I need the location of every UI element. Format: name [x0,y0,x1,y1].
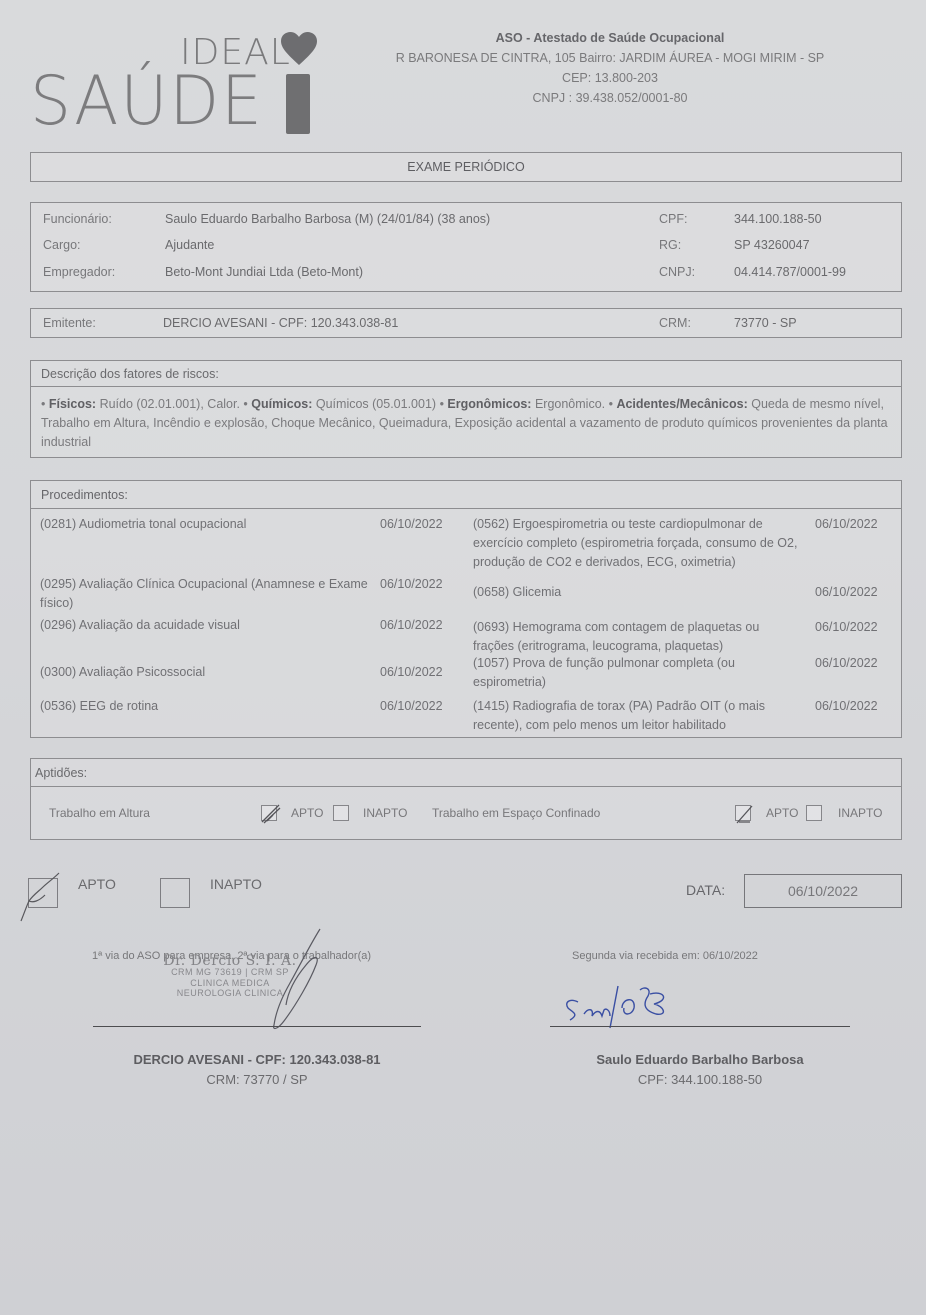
procedure-date: 06/10/2022 [815,618,878,637]
doctor-signature-line [93,1026,421,1027]
risk-group: • Físicos: Ruído (02.01.001), Calor. [41,397,243,411]
aptitude-height-apto-label: APTO [291,803,323,823]
procedure-date: 06/10/2022 [380,575,443,594]
worker-name: Saulo Eduardo Barbalho Barbosa [596,1052,803,1067]
aptitude-confined-apto-label: APTO [766,803,798,823]
procedure-name: (0295) Avaliação Clínica Ocupacional (An… [40,575,380,613]
second-copy-note: Segunda via recebida em: 06/10/2022 [572,950,758,962]
result-inapto-label: INAPTO [210,876,262,892]
aptitude-height-apto-checkbox[interactable] [261,805,277,821]
rg-value: SP 43260047 [734,235,810,255]
role-label: Cargo: [43,235,81,255]
procedure-date: 06/10/2022 [815,697,878,716]
worker-signature-block: Saulo Eduardo Barbalho Barbosa CPF: 344.… [550,1050,850,1090]
aptitude-confined-apto-checkbox[interactable] [735,805,751,821]
risk-group: • Ergonômicos: Ergonômico. [440,397,609,411]
procedure-name: (0300) Avaliação Psicossocial [40,663,380,682]
procedure-date: 06/10/2022 [380,515,443,534]
procedure-date: 06/10/2022 [380,663,443,682]
risk-factors: Descrição dos fatores de riscos: • Físic… [30,360,902,458]
issuer-value: DERCIO AVESANI - CPF: 120.343.038-81 [163,313,398,333]
cpf-value: 344.100.188-50 [734,209,822,229]
company-cep: CEP: 13.800-203 [360,68,860,88]
cnpj-label: CNPJ: [659,262,695,282]
aptitude-confined-inapto-label: INAPTO [838,803,882,823]
employee-name-label: Funcionário: [43,209,112,229]
logo-bar [286,74,310,134]
issuer-info: Emitente: DERCIO AVESANI - CPF: 120.343.… [30,308,902,338]
procedure-date: 06/10/2022 [815,515,878,534]
employer-label: Empregador: [43,262,115,282]
procedure-name: (0281) Audiometria tonal ocupacional [40,515,380,534]
result-apto-checkbox[interactable] [28,878,58,908]
aso-document: IDEAL SAÚDE ASO - Atestado de Saúde Ocup… [0,0,926,1315]
cpf-label: CPF: [659,209,687,229]
date-value: 06/10/2022 [788,883,858,899]
procedure-name: (0562) Ergoespirometria ou teste cardiop… [473,515,803,572]
role-value: Ajudante [165,235,214,255]
worker-signature [560,980,720,1030]
document-title: ASO - Atestado de Saúde Ocupacional [360,28,860,48]
procedure-name: (0296) Avaliação da acuidade visual [40,616,380,635]
procedure-name: (1057) Prova de função pulmonar completa… [473,654,803,692]
check-mark-icon [733,801,757,825]
doctor-crm: CRM: 73770 / SP [93,1070,421,1090]
aptitude-height-inapto-checkbox[interactable] [333,805,349,821]
aptitudes-heading: Aptidões: [31,759,901,787]
worker-cpf: CPF: 344.100.188-50 [550,1070,850,1090]
issuer-label: Emitente: [43,313,96,333]
worker-signature-line [550,1026,850,1027]
aptitude-height-label: Trabalho em Altura [49,803,150,823]
procedure-name: (1415) Radiografia de torax (PA) Padrão … [473,697,803,735]
procedure-date: 06/10/2022 [380,697,443,716]
exam-type-box: EXAME PERIÓDICO [30,152,902,182]
procedure-name: (0693) Hemograma com contagem de plaquet… [473,618,803,656]
company-cnpj: CNPJ : 39.438.052/0001-80 [360,88,860,108]
doctor-signature-block: DERCIO AVESANI - CPF: 120.343.038-81 CRM… [93,1050,421,1090]
cnpj-value: 04.414.787/0001-99 [734,262,846,282]
result-apto-label: APTO [78,876,116,892]
exam-type: EXAME PERIÓDICO [407,160,524,174]
procedure-date: 06/10/2022 [380,616,443,635]
procedure-date: 06/10/2022 [815,654,878,673]
company-address: R BARONESA DE CINTRA, 105 Bairro: JARDIM… [360,48,860,68]
procedure-name: (0658) Glicemia [473,583,773,602]
aptitude-confined-label: Trabalho em Espaço Confinado [432,803,600,823]
rg-label: RG: [659,235,681,255]
aptitudes: Aptidões: Trabalho em Altura APTO INAPTO… [30,758,902,840]
company-logo: IDEAL SAÚDE [30,28,330,138]
result-inapto-checkbox[interactable] [160,878,190,908]
risk-heading: Descrição dos fatores de riscos: [31,361,901,387]
procedure-date: 06/10/2022 [815,583,878,602]
aptitude-confined-inapto-checkbox[interactable] [806,805,822,821]
risk-group: • Químicos: Químicos (05.01.001) [243,397,439,411]
crm-label: CRM: [659,313,691,333]
procedures-heading: Procedimentos: [31,481,901,509]
check-mark-icon [259,801,283,825]
aptitude-height-inapto-label: INAPTO [363,803,407,823]
doctor-signature [240,925,330,1035]
procedures: Procedimentos: (0281) Audiometria tonal … [30,480,902,738]
employee-name: Saulo Eduardo Barbalho Barbosa (M) (24/0… [165,209,490,229]
employee-info: Funcionário: Saulo Eduardo Barbalho Barb… [30,202,902,292]
heart-icon [281,32,317,66]
crm-value: 73770 - SP [734,313,797,333]
employer-value: Beto-Mont Jundiai Ltda (Beto-Mont) [165,262,363,282]
company-header: ASO - Atestado de Saúde Ocupacional R BA… [360,28,860,108]
doctor-name: DERCIO AVESANI - CPF: 120.343.038-81 [133,1052,380,1067]
check-mark-icon [17,865,77,925]
date-field: 06/10/2022 [744,874,902,908]
procedure-name: (0536) EEG de rotina [40,697,380,716]
logo-saude-text: SAÚDE [30,62,264,141]
risk-description: • Físicos: Ruído (02.01.001), Calor. • Q… [41,395,891,452]
date-label: DATA: [686,882,725,898]
